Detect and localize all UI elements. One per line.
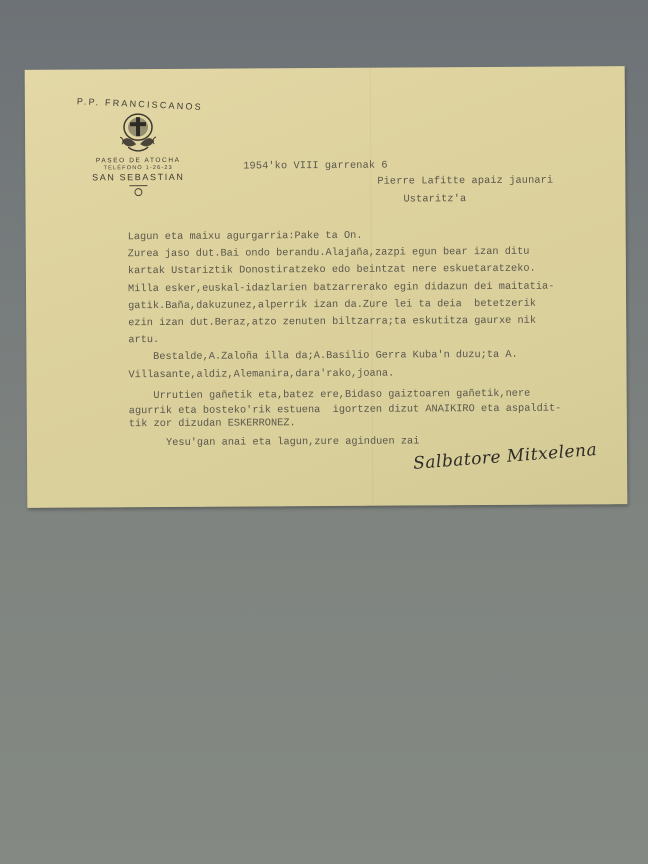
franciscan-cross-emblem-icon — [114, 111, 162, 155]
letter-body: Lagun eta maixu agurgarria:Pake ta On. Z… — [128, 227, 562, 453]
letterhead-city: SAN SEBASTIAN — [63, 172, 213, 183]
body-line: Villasante,aldiz,Alemanira,dara'rako,joa… — [128, 364, 561, 384]
letterhead-phone: TELÉFONO 1-26-23 — [63, 165, 213, 172]
body-line: kartak Ustariztik Donostiratzeko edo bei… — [128, 261, 561, 281]
letterhead: P.P. FRANCISCANOS PASEO DE ATOCHA TELÉFO… — [63, 99, 214, 197]
recipient-name: Pierre Lafitte apaiz jaunari — [377, 175, 553, 188]
letter-date: 1954'ko VIII garrenak 6 — [243, 160, 387, 173]
letterhead-rule — [129, 185, 147, 186]
body-line: ezin izan dut.Beraz,atzo zenuten biltzar… — [128, 313, 561, 333]
body-line: Bestalde,A.Zaloña illa da;A.Basilio Gerr… — [128, 347, 561, 367]
letterhead-mark-icon — [134, 188, 142, 196]
letter-sheet: P.P. FRANCISCANOS PASEO DE ATOCHA TELÉFO… — [25, 66, 628, 508]
recipient-place: Ustaritz'a — [403, 193, 466, 205]
body-line: tik zor dizudan ESKERRONEZ. — [129, 416, 562, 432]
body-line: agurrik eta bosteko'rik estuena igortzen… — [129, 403, 562, 419]
letterhead-org: P.P. FRANCISCANOS — [67, 96, 213, 113]
signature-text: Salbatore Mitxelena — [413, 440, 598, 474]
letterhead-street: PASEO DE ATOCHA — [63, 157, 213, 165]
handwritten-signature: Salbatore Mitxelena — [407, 440, 627, 481]
